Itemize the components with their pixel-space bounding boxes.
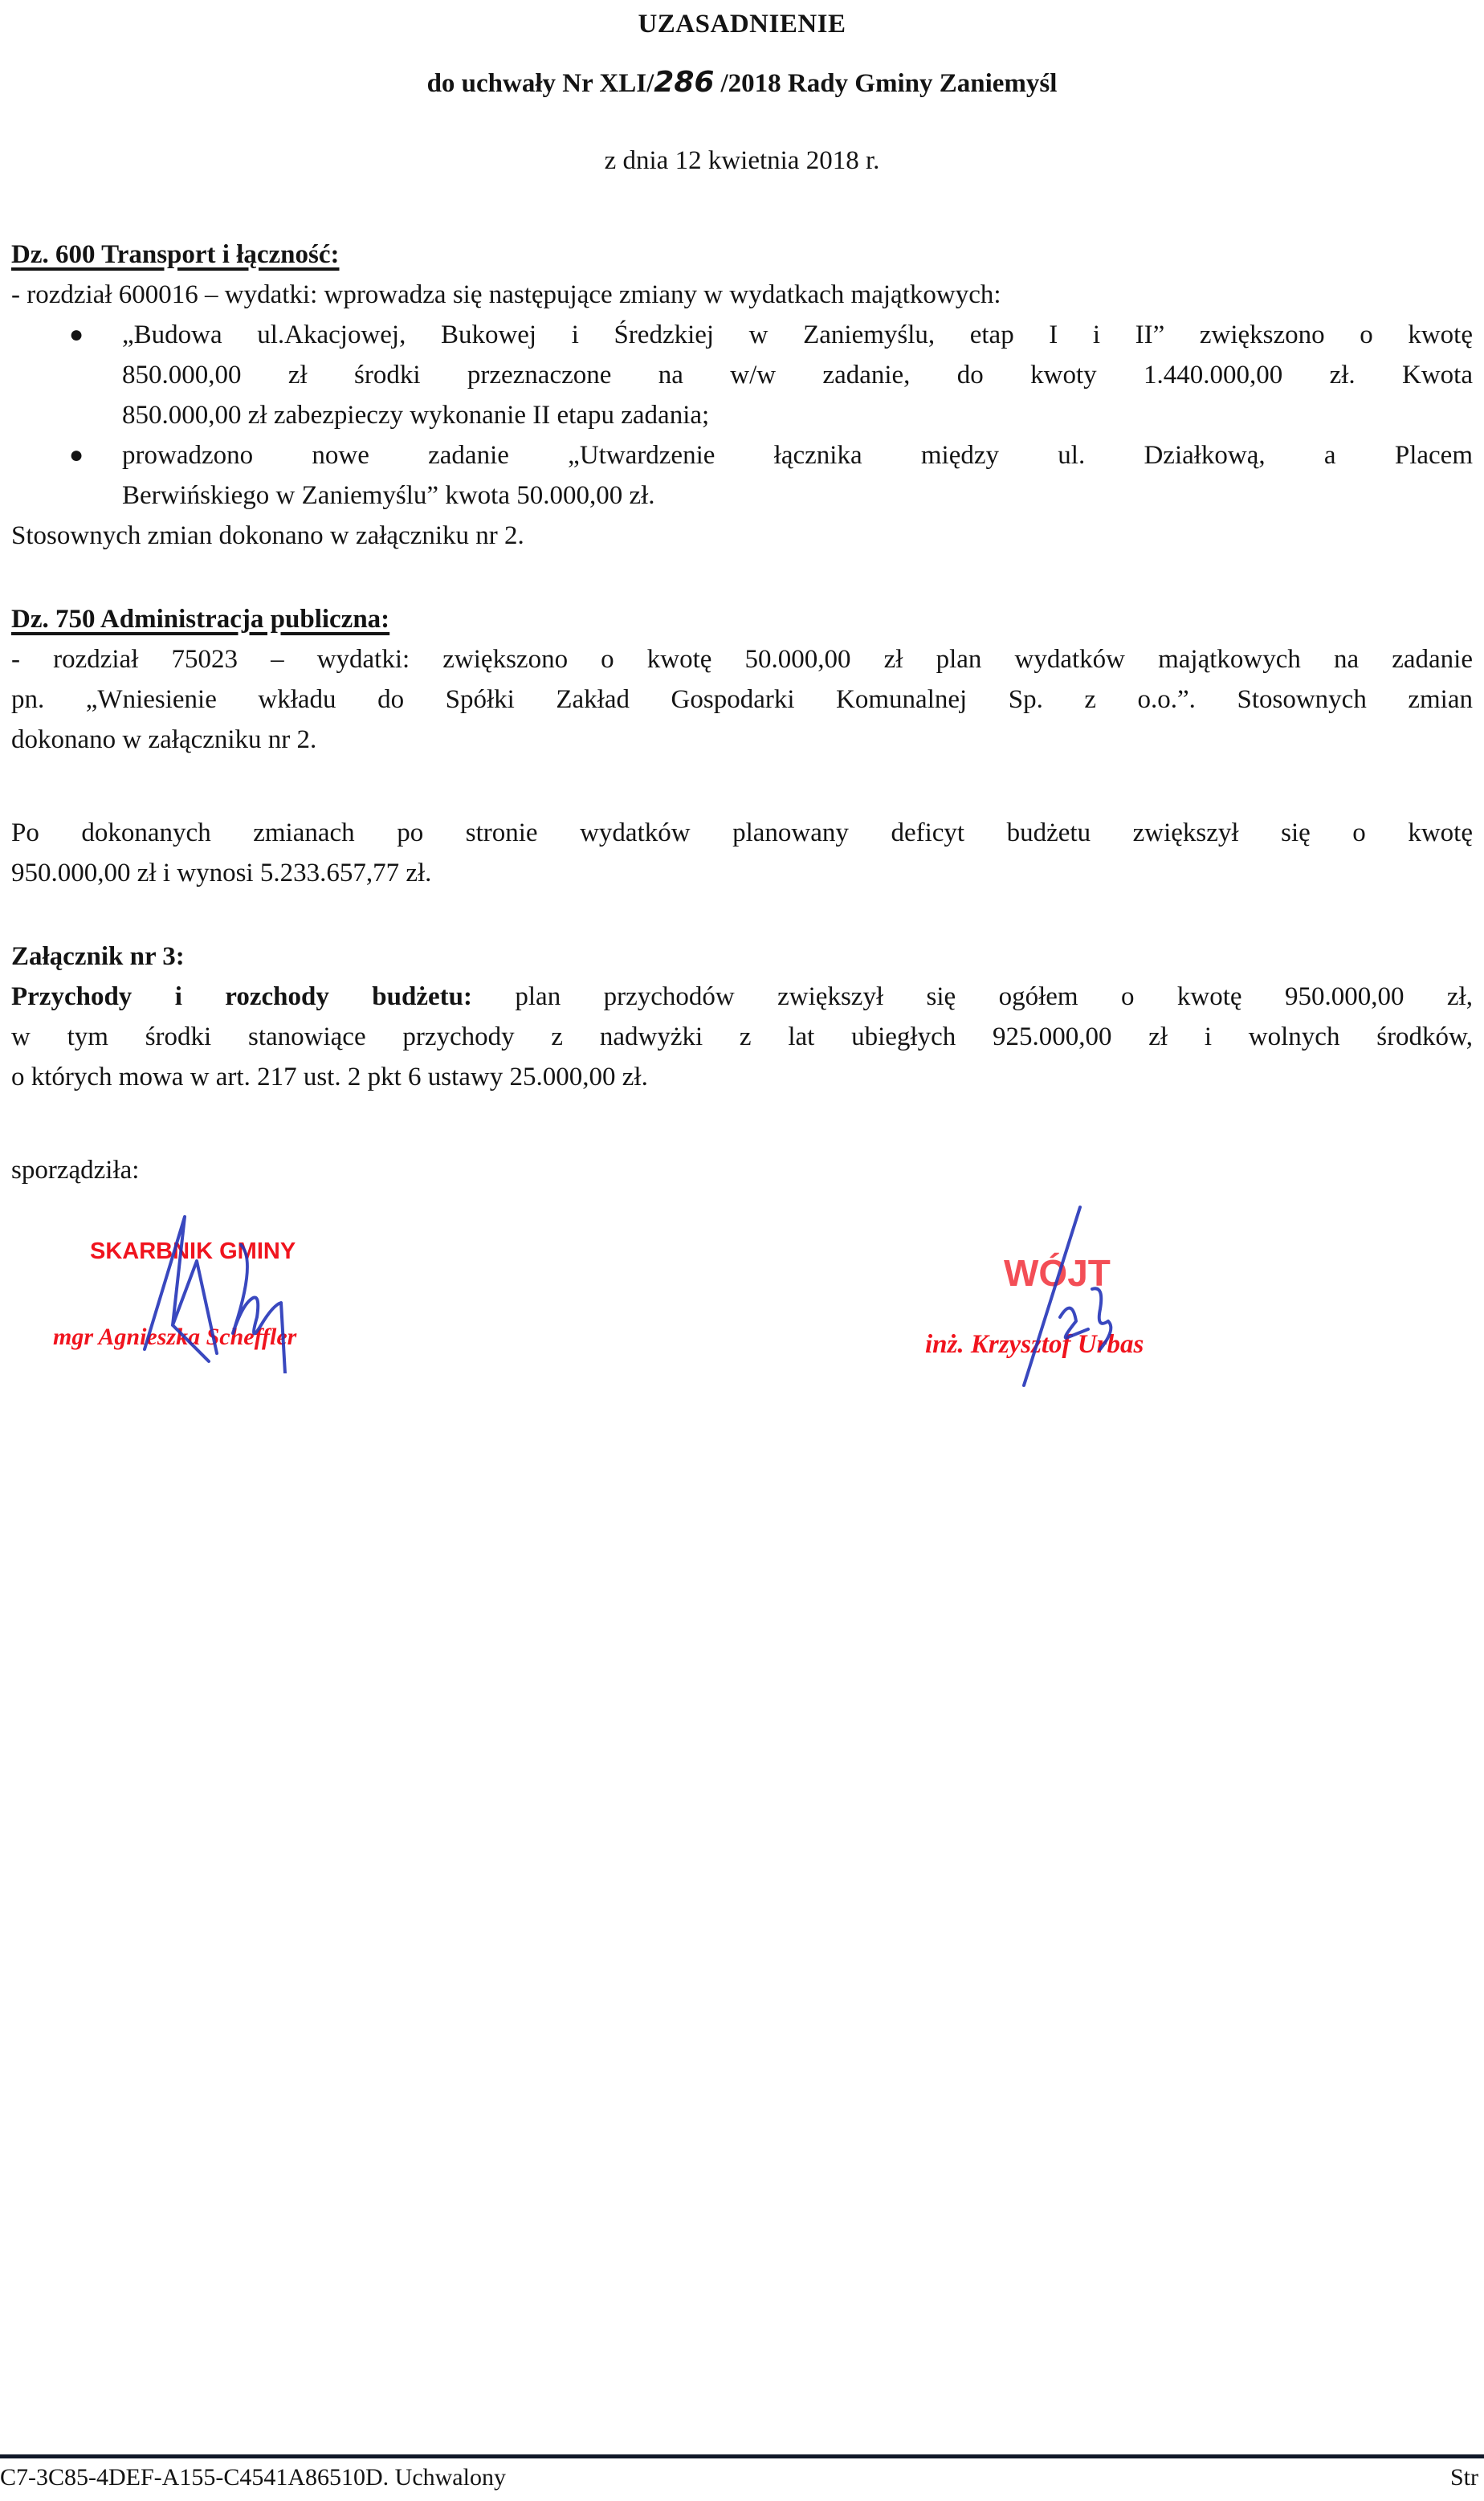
bullet-icon: ●: [69, 435, 84, 475]
mayor-stamp: WÓJT inż. Krzysztof Urbas: [883, 1189, 1253, 1397]
handwritten-signature-icon: [1012, 1201, 1140, 1393]
handwritten-signature-icon: [120, 1213, 329, 1373]
attachment-3-line1-rest: plan przychodów zwiększył się ogółem o k…: [472, 982, 1473, 1011]
document-title: UZASADNIENIE: [0, 10, 1484, 39]
attachment-3-heading: Załącznik nr 3:: [11, 936, 1473, 977]
prepared-by-text: sporządziła:: [11, 1150, 1473, 1190]
footer-page-label: Str: [1450, 2464, 1478, 2491]
list-item-line: 850.000,00 zł zabezpieczy wykonanie II e…: [122, 395, 1473, 435]
section-750: Dz. 750 Administracja publiczna: - rozdz…: [11, 599, 1473, 760]
section-750-line: dokonano w załączniku nr 2.: [11, 720, 1473, 760]
bullet-icon: ●: [69, 315, 84, 355]
deficit-paragraph: Po dokonanych zmianach po stronie wydatk…: [11, 813, 1473, 893]
section-600: Dz. 600 Transport i łączność: - rozdział…: [11, 235, 1473, 556]
list-item-line: 850.000,00 zł środki przeznaczone na w/w…: [122, 355, 1473, 395]
document-subtitle: do uchwały Nr XLI/286/2018 Rady Gminy Za…: [0, 66, 1484, 99]
section-600-closing: Stosownych zmian dokonano w załączniku n…: [11, 516, 1473, 556]
footer-document-id: C7-3C85-4DEF-A155-C4541A86510D. Uchwalon…: [0, 2464, 506, 2491]
treasurer-stamp: SKARBNIK GMINY mgr Agnieszka Scheffler: [0, 1205, 418, 1381]
attachment-3: Załącznik nr 3: Przychody i rozchody bud…: [11, 936, 1473, 1097]
subtitle-suffix: /2018 Rady Gminy Zaniemyśl: [720, 69, 1057, 98]
list-item: ● „Budowa ul.Akacjowej, Bukowej i Średzk…: [11, 315, 1473, 435]
list-item-line: prowadzono nowe zadanie „Utwardzenie łąc…: [122, 435, 1473, 475]
handwritten-resolution-number: 286: [654, 66, 714, 99]
attachment-3-line: Przychody i rozchody budżetu: plan przyc…: [11, 977, 1473, 1017]
section-600-intro: - rozdział 600016 – wydatki: wprowadza s…: [11, 275, 1473, 315]
section-750-line: - rozdział 75023 – wydatki: zwiększono o…: [11, 639, 1473, 679]
attachment-3-line: o których mowa w art. 217 ust. 2 pkt 6 u…: [11, 1057, 1473, 1097]
prepared-by-label: sporządziła:: [11, 1150, 1473, 1190]
attachment-3-line: w tym środki stanowiące przychody z nadw…: [11, 1017, 1473, 1057]
list-item-line: „Budowa ul.Akacjowej, Bukowej i Średzkie…: [122, 315, 1473, 355]
attachment-3-lead: Przychody i rozchody budżetu:: [11, 982, 472, 1011]
document-date: z dnia 12 kwietnia 2018 r.: [0, 146, 1484, 176]
footer-divider: [0, 2454, 1484, 2458]
list-item: ● prowadzono nowe zadanie „Utwardzenie ł…: [11, 435, 1473, 516]
section-750-line: pn. „Wniesienie wkładu do Spółki Zakład …: [11, 679, 1473, 720]
deficit-line: Po dokonanych zmianach po stronie wydatk…: [11, 813, 1473, 853]
section-600-heading: Dz. 600 Transport i łączność:: [11, 235, 1473, 275]
subtitle-prefix: do uchwały Nr XLI/: [427, 69, 654, 98]
section-750-heading: Dz. 750 Administracja publiczna:: [11, 599, 1473, 639]
list-item-line: Berwińskiego w Zaniemyślu” kwota 50.000,…: [122, 475, 1473, 516]
deficit-line: 950.000,00 zł i wynosi 5.233.657,77 zł.: [11, 853, 1473, 893]
